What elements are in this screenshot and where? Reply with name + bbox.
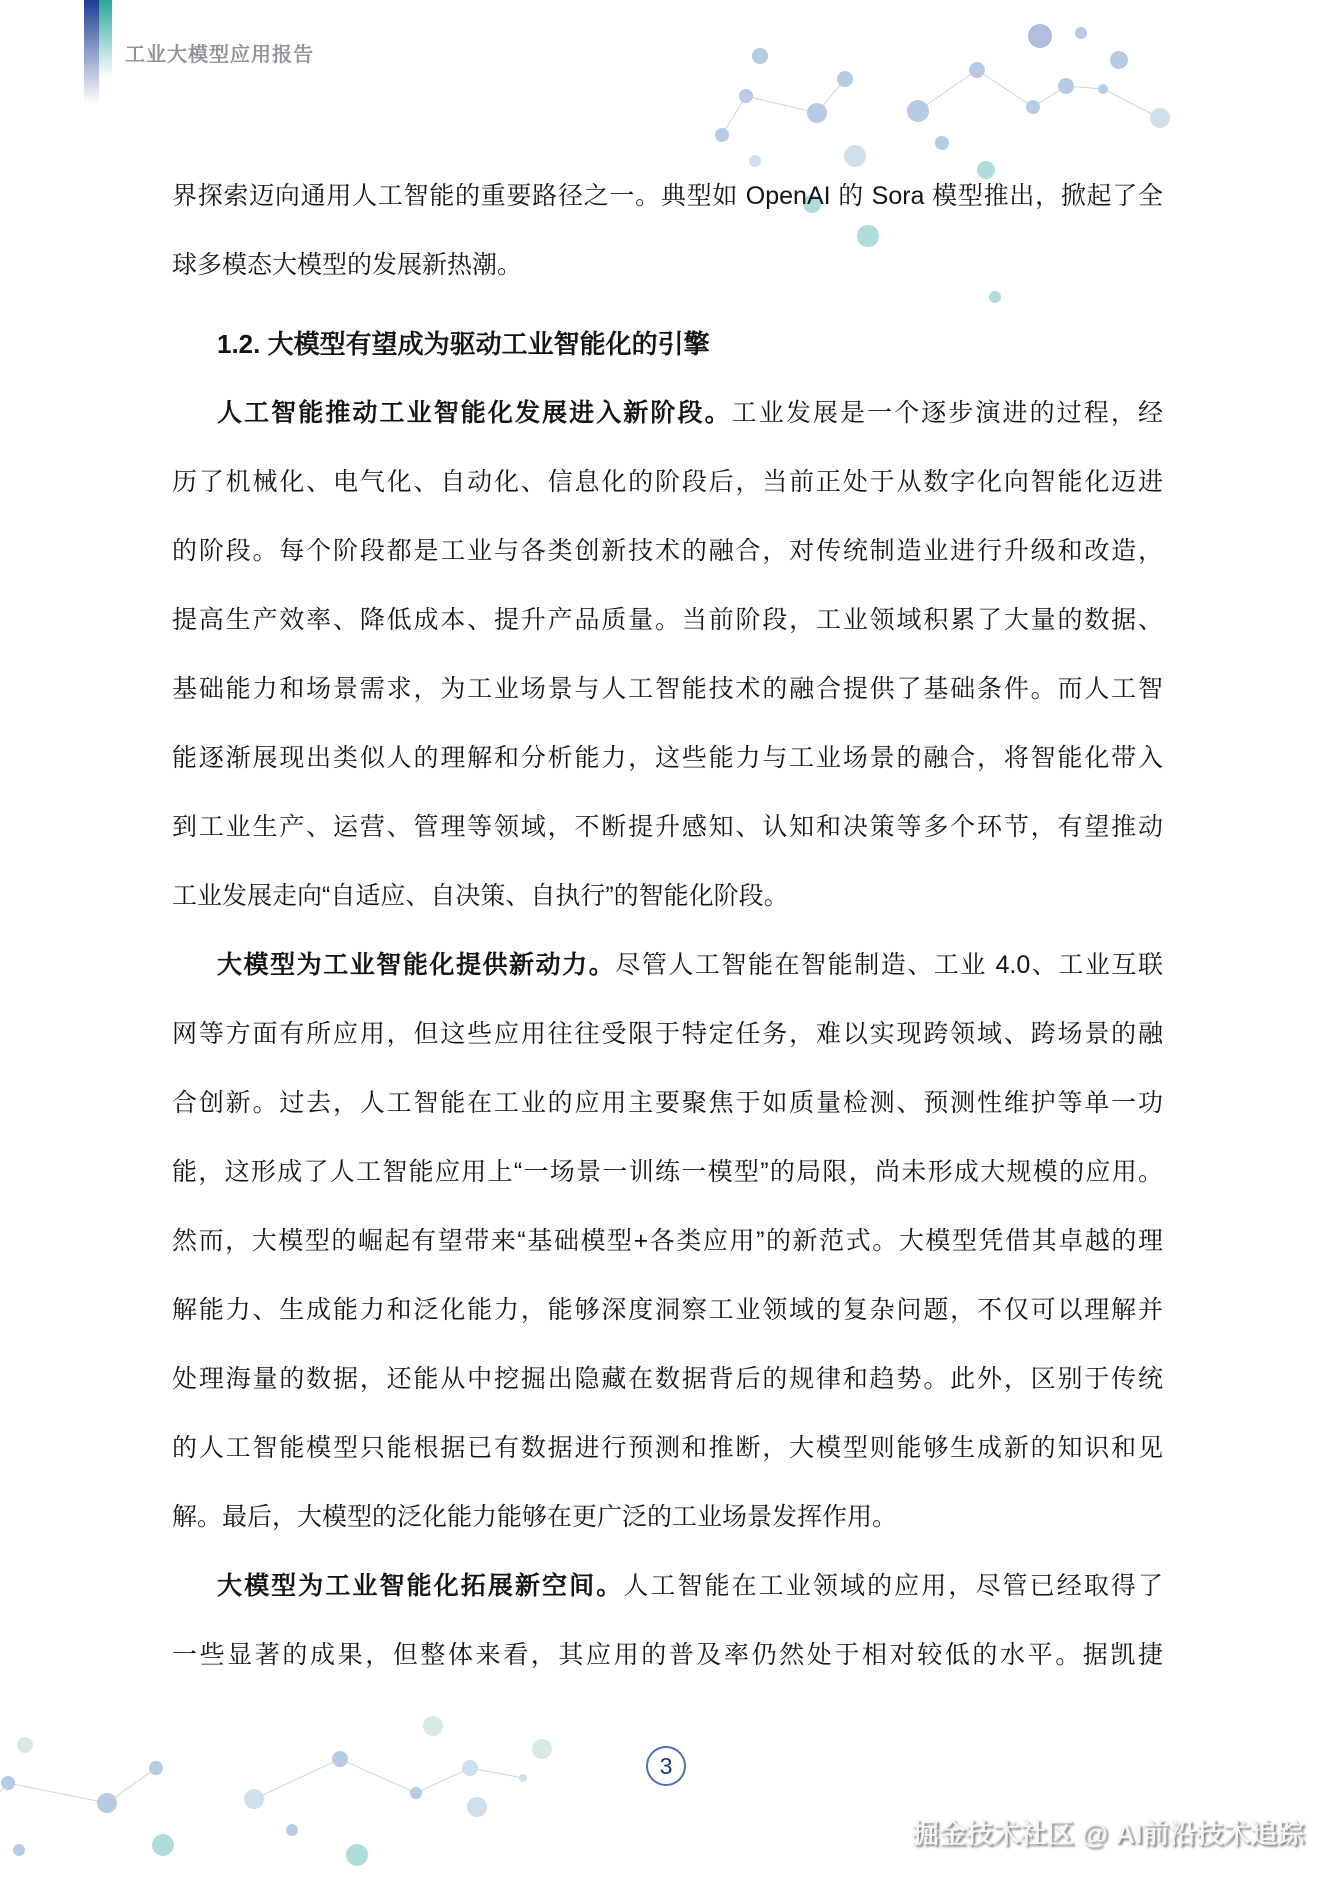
text-line: 提高生产效率、降低成本、提升产品质量。当前阶段，工业领域积累了大量的数据、 [172, 586, 1163, 655]
page-number-badge: 3 [646, 1746, 686, 1786]
text-line: 大模型为工业智能化拓展新空间。人工智能在工业领域的应用，尽管已经取得了 [172, 1552, 1163, 1621]
paragraph-lead: 大模型为工业智能化拓展新空间。 [217, 1572, 623, 1600]
text-line: 的人工智能模型只能根据已有数据进行预测和推断，大模型则能够生成新的知识和见 [172, 1414, 1163, 1483]
text-line: 然而，大模型的崛起有望带来“基础模型+各类应用”的新范式。大模型凭借其卓越的理 [172, 1207, 1163, 1276]
paragraph: 大模型为工业智能化提供新动力。尽管人工智能在智能制造、工业 4.0、工业互联 网… [172, 931, 1163, 1552]
text-line: 能逐渐展现出类似人的理解和分析能力，这些能力与工业场景的融合，将智能化带入 [172, 724, 1163, 793]
text-line: 的阶段。每个阶段都是工业与各类创新技术的融合，对传统制造业进行升级和改造， [172, 517, 1163, 586]
text-line: 处理海量的数据，还能从中挖掘出隐藏在数据背后的规律和趋势。此外，区别于传统 [172, 1345, 1163, 1414]
paragraph-lines: 一些显著的成果，但整体来看，其应用的普及率仍然处于相对较低的水平。据凯捷 [172, 1621, 1163, 1690]
paragraph-lead-rest: 工业发展是一个逐步演进的过程，经 [732, 399, 1163, 427]
paragraph-lead-rest: 人工智能在工业领域的应用，尽管已经取得了 [623, 1572, 1163, 1600]
paragraph: 人工智能推动工业智能化发展进入新阶段。工业发展是一个逐步演进的过程，经 历了机械… [172, 379, 1163, 931]
report-page: 工业大模型应用报告 [0, 0, 1334, 1887]
watermark-text: 掘金技术社区 @ AI前沿技术追踪 [912, 1812, 1304, 1851]
text-line: 球多模态大模型的发展新热潮。 [172, 231, 1163, 300]
text-line: 解能力、生成能力和泛化能力，能够深度洞察工业领域的复杂问题，不仅可以理解并 [172, 1276, 1163, 1345]
header-accent-bar-blue [84, 0, 99, 110]
text-line: 界探索迈向通用人工智能的重要路径之一。典型如 OpenAI 的 Sora 模型推… [172, 162, 1163, 231]
text-line: 人工智能推动工业智能化发展进入新阶段。工业发展是一个逐步演进的过程，经 [172, 379, 1163, 448]
text-line: 到工业生产、运营、管理等领域，不断提升感知、认知和决策等多个环节，有望推动 [172, 793, 1163, 862]
header-accent-bar-teal [99, 0, 112, 82]
text-line: 历了机械化、电气化、自动化、信息化的阶段后，当前正处于从数字化向智能化迈进 [172, 448, 1163, 517]
text-line: 网等方面有所应用，但这些应用往往受限于特定任务，难以实现跨领域、跨场景的融 [172, 1000, 1163, 1069]
section-heading: 1.2. 大模型有望成为驱动工业智能化的引擎 [172, 310, 1163, 379]
paragraph-lead: 大模型为工业智能化提供新动力。 [217, 951, 615, 979]
text-line: 工业发展走向“自适应、自决策、自执行”的智能化阶段。 [172, 862, 1163, 931]
paragraph: 大模型为工业智能化拓展新空间。人工智能在工业领域的应用，尽管已经取得了 一些显著… [172, 1552, 1163, 1690]
document-body: 界探索迈向通用人工智能的重要路径之一。典型如 OpenAI 的 Sora 模型推… [172, 162, 1163, 1690]
text-line: 解。最后，大模型的泛化能力能够在更广泛的工业场景发挥作用。 [172, 1483, 1163, 1552]
paragraph-lines: 历了机械化、电气化、自动化、信息化的阶段后，当前正处于从数字化向智能化迈进的阶段… [172, 448, 1163, 862]
paragraph-lines: 网等方面有所应用，但这些应用往往受限于特定任务，难以实现跨领域、跨场景的融合创新… [172, 1000, 1163, 1483]
paragraph-continuation: 界探索迈向通用人工智能的重要路径之一。典型如 OpenAI 的 Sora 模型推… [172, 162, 1163, 300]
paragraph-lead: 人工智能推动工业智能化发展进入新阶段。 [217, 399, 732, 427]
text-line: 能，这形成了人工智能应用上“一场景一训练一模型”的局限，尚未形成大规模的应用。 [172, 1138, 1163, 1207]
report-header-title: 工业大模型应用报告 [125, 38, 314, 67]
paragraph-lead-rest: 尽管人工智能在智能制造、工业 4.0、工业互联 [615, 951, 1163, 979]
text-line: 基础能力和场景需求，为工业场景与人工智能技术的融合提供了基础条件。而人工智 [172, 655, 1163, 724]
text-line: 一些显著的成果，但整体来看，其应用的普及率仍然处于相对较低的水平。据凯捷 [172, 1621, 1163, 1690]
text-line: 合创新。过去，人工智能在工业的应用主要聚焦于如质量检测、预测性维护等单一功 [172, 1069, 1163, 1138]
text-line: 大模型为工业智能化提供新动力。尽管人工智能在智能制造、工业 4.0、工业互联 [172, 931, 1163, 1000]
